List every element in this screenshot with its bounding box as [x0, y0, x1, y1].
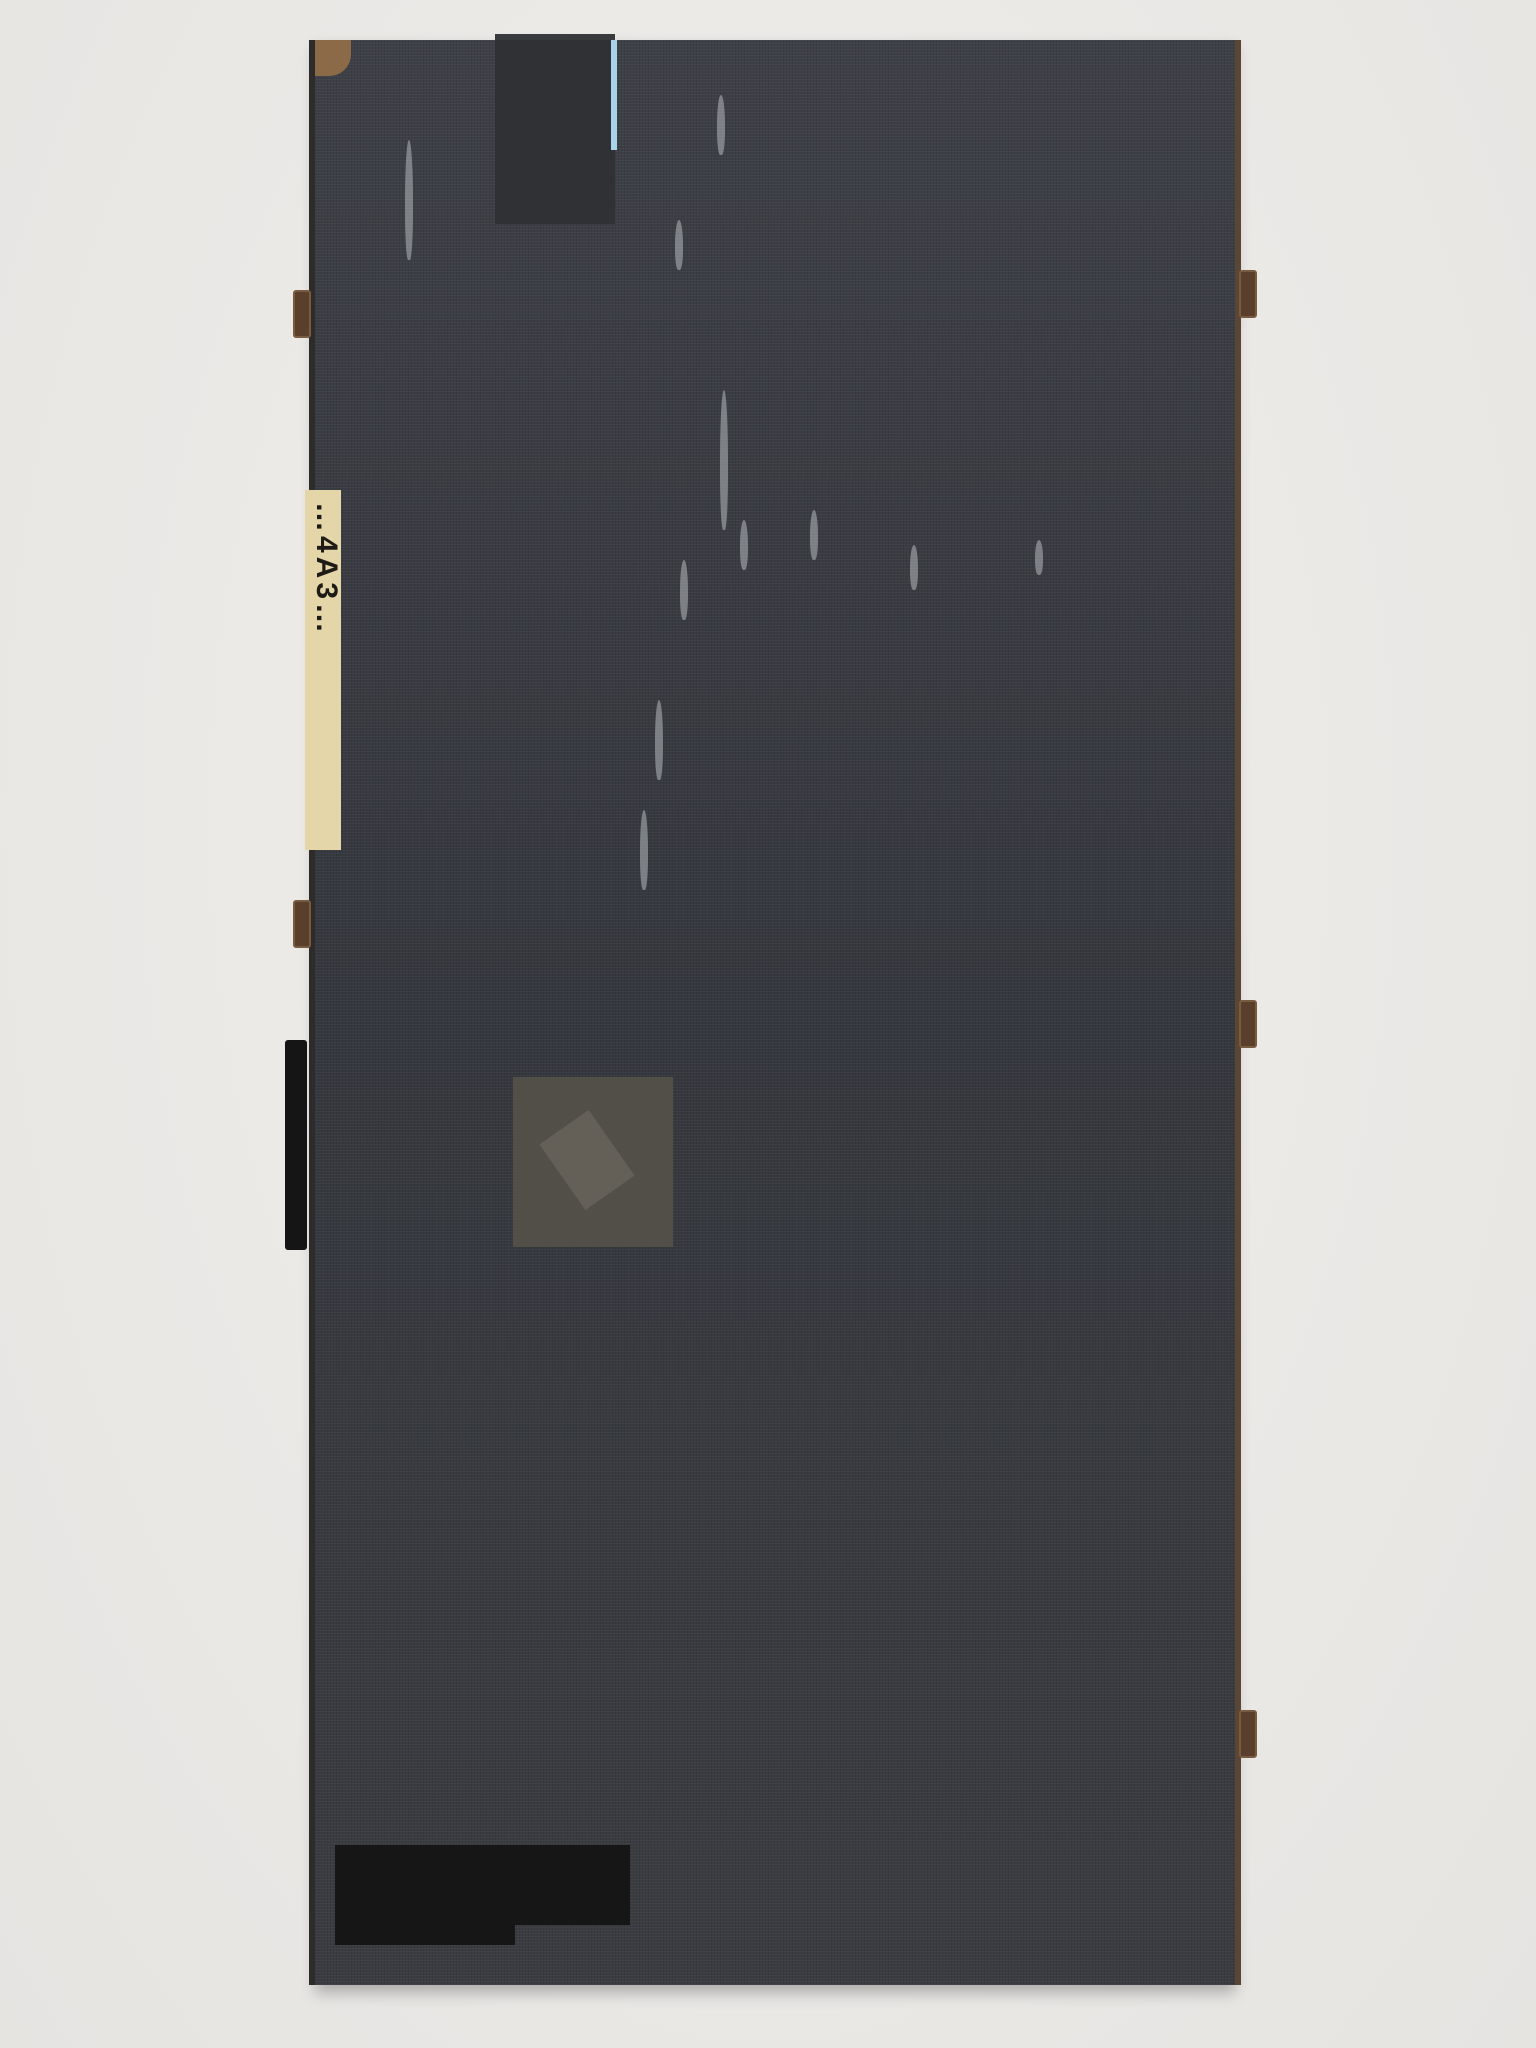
side-bracket	[285, 1040, 307, 1250]
paint-drip	[655, 700, 663, 780]
paint-drip	[640, 810, 648, 890]
paint-drip	[1035, 540, 1043, 575]
hinge-right-top	[1239, 270, 1257, 318]
brass-corner-icon	[315, 40, 351, 76]
label-text: …4A3…	[309, 502, 343, 637]
hinge-left-top	[293, 290, 311, 338]
black-tape-bottom-2	[335, 1885, 515, 1945]
blue-tape-strip	[611, 40, 617, 150]
case-back-panel: …4A3…	[315, 40, 1235, 1985]
hinge-right-mid	[1239, 1000, 1257, 1048]
paint-drip	[405, 140, 413, 260]
hinge-left-mid	[293, 900, 311, 948]
paint-drip	[717, 95, 725, 155]
paint-drip	[720, 390, 728, 530]
masking-tape-label: …4A3…	[305, 490, 341, 850]
hinge-right-bottom	[1239, 1710, 1257, 1758]
dark-tape-top	[495, 34, 615, 224]
paint-drip	[810, 510, 818, 560]
paint-drip	[910, 545, 918, 590]
paint-drip	[675, 220, 683, 270]
paint-drip	[740, 520, 748, 570]
paint-drip	[680, 560, 688, 620]
faded-square-patch	[513, 1077, 673, 1247]
